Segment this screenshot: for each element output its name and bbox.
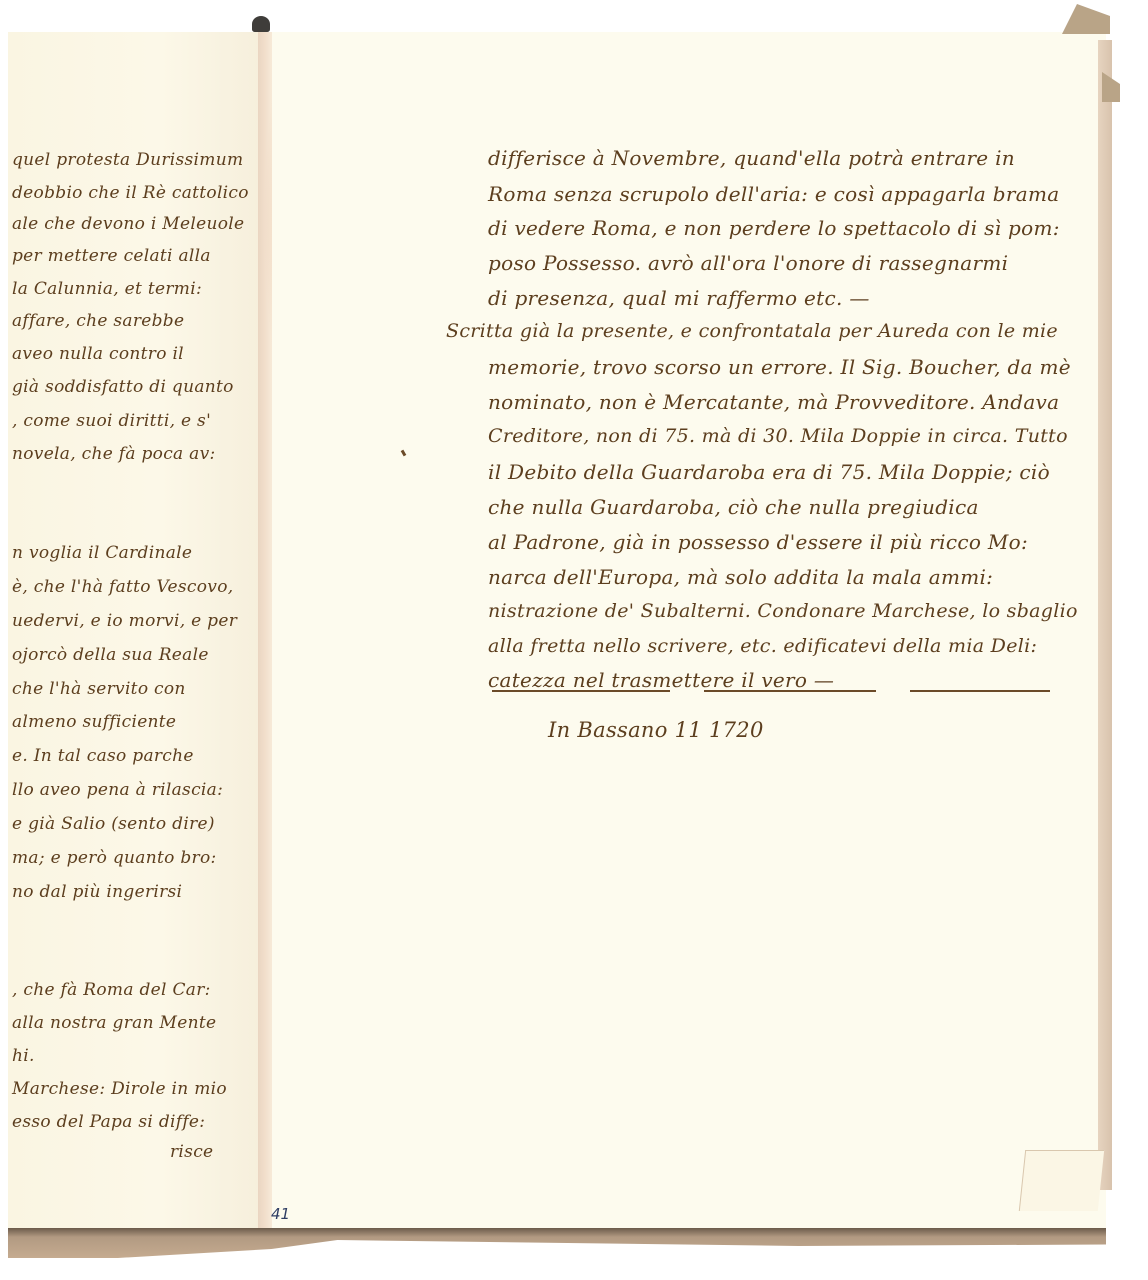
text-line: ale che devono i Meleuole [12, 214, 244, 234]
text-line: di vedere Roma, e non perdere lo spettac… [488, 216, 1060, 240]
place-date-line: In Bassano 11 1720 [548, 718, 764, 742]
text-line: deobbio che il Rè cattolico [12, 183, 249, 203]
text-line: llo aveo pena à rilascia: [12, 780, 223, 800]
text-line: per mettere celati alla [12, 246, 211, 266]
text-line: aveo nulla contro il [12, 344, 184, 364]
text-line: novela, che fà poca av: [12, 444, 216, 464]
right-page [272, 32, 1106, 1230]
text-line: , come suoi diritti, e s' [12, 411, 211, 431]
text-line: ma; e però quanto bro: [12, 848, 217, 868]
text-line: già soddisfatto di quanto [12, 377, 234, 397]
text-line: la Calunnia, et termi: [12, 279, 202, 299]
text-line: narca dell'Europa, mà solo addita la mal… [488, 565, 993, 589]
folio-number: 41 [271, 1205, 290, 1223]
text-line: nistrazione de' Subalterni. Condonare Ma… [488, 600, 1078, 622]
binding-spine-bottom [8, 1228, 1106, 1258]
left-page [8, 32, 260, 1230]
text-line: poso Possesso. avrò all'ora l'onore di r… [488, 251, 1008, 275]
text-line: Roma senza scrupolo dell'aria: e così ap… [488, 182, 1059, 206]
text-line: esso del Papa si diffe: [12, 1112, 205, 1132]
text-line: alla fretta nello scrivere, etc. edifica… [488, 635, 1037, 657]
text-line: risce [170, 1142, 213, 1162]
text-line: uedervi, e io morvi, e per [12, 611, 237, 631]
text-line: Creditore, non di 75. mà di 30. Mila Dop… [488, 425, 1068, 447]
text-line: di presenza, qual mi raffermo etc. — [488, 286, 870, 310]
text-line: catezza nel trasmettere il vero — [488, 668, 834, 692]
text-line: differisce à Novembre, quand'ella potrà … [488, 146, 1015, 170]
text-line: al Padrone, già in possesso d'essere il … [488, 530, 1028, 554]
text-line: che l'hà servito con [12, 679, 186, 699]
text-line: Marchese: Dirole in mio [12, 1079, 227, 1099]
text-line: è, che l'hà fatto Vescovo, [12, 577, 233, 597]
signature-rule [492, 690, 670, 692]
text-line: alla nostra gran Mente [12, 1013, 216, 1033]
text-line: hi. [12, 1046, 35, 1066]
manuscript-sheet [8, 32, 1106, 1230]
text-line: no dal più ingerirsi [12, 882, 182, 902]
text-line: n voglia il Cardinale [12, 543, 192, 563]
text-line: almeno sufficiente [12, 712, 176, 732]
signature-rule [910, 690, 1050, 692]
torn-paper-tab [1050, 4, 1110, 34]
signature-rule [704, 690, 876, 692]
text-line: memorie, trovo scorso un errore. Il Sig.… [488, 355, 1071, 379]
folded-corner [1019, 1150, 1104, 1211]
text-line: affare, che sarebbe [12, 311, 184, 331]
page-edge-stack [1098, 40, 1112, 1190]
text-line: nominato, non è Mercatante, mà Provvedit… [488, 390, 1059, 414]
text-line: il Debito della Guardaroba era di 75. Mi… [488, 460, 1050, 484]
text-line: che nulla Guardaroba, ciò che nulla preg… [488, 495, 979, 519]
text-line: Scritta già la presente, e confrontatala… [446, 320, 1058, 342]
binding-clip [252, 16, 270, 32]
text-line: , che fà Roma del Car: [12, 980, 211, 1000]
text-line: ojorcò della sua Reale [12, 645, 209, 665]
text-line: quel protesta Durissimum [12, 150, 243, 170]
text-line: e. In tal caso parche [12, 746, 194, 766]
text-line: e già Salio (sento dire) [12, 814, 215, 834]
